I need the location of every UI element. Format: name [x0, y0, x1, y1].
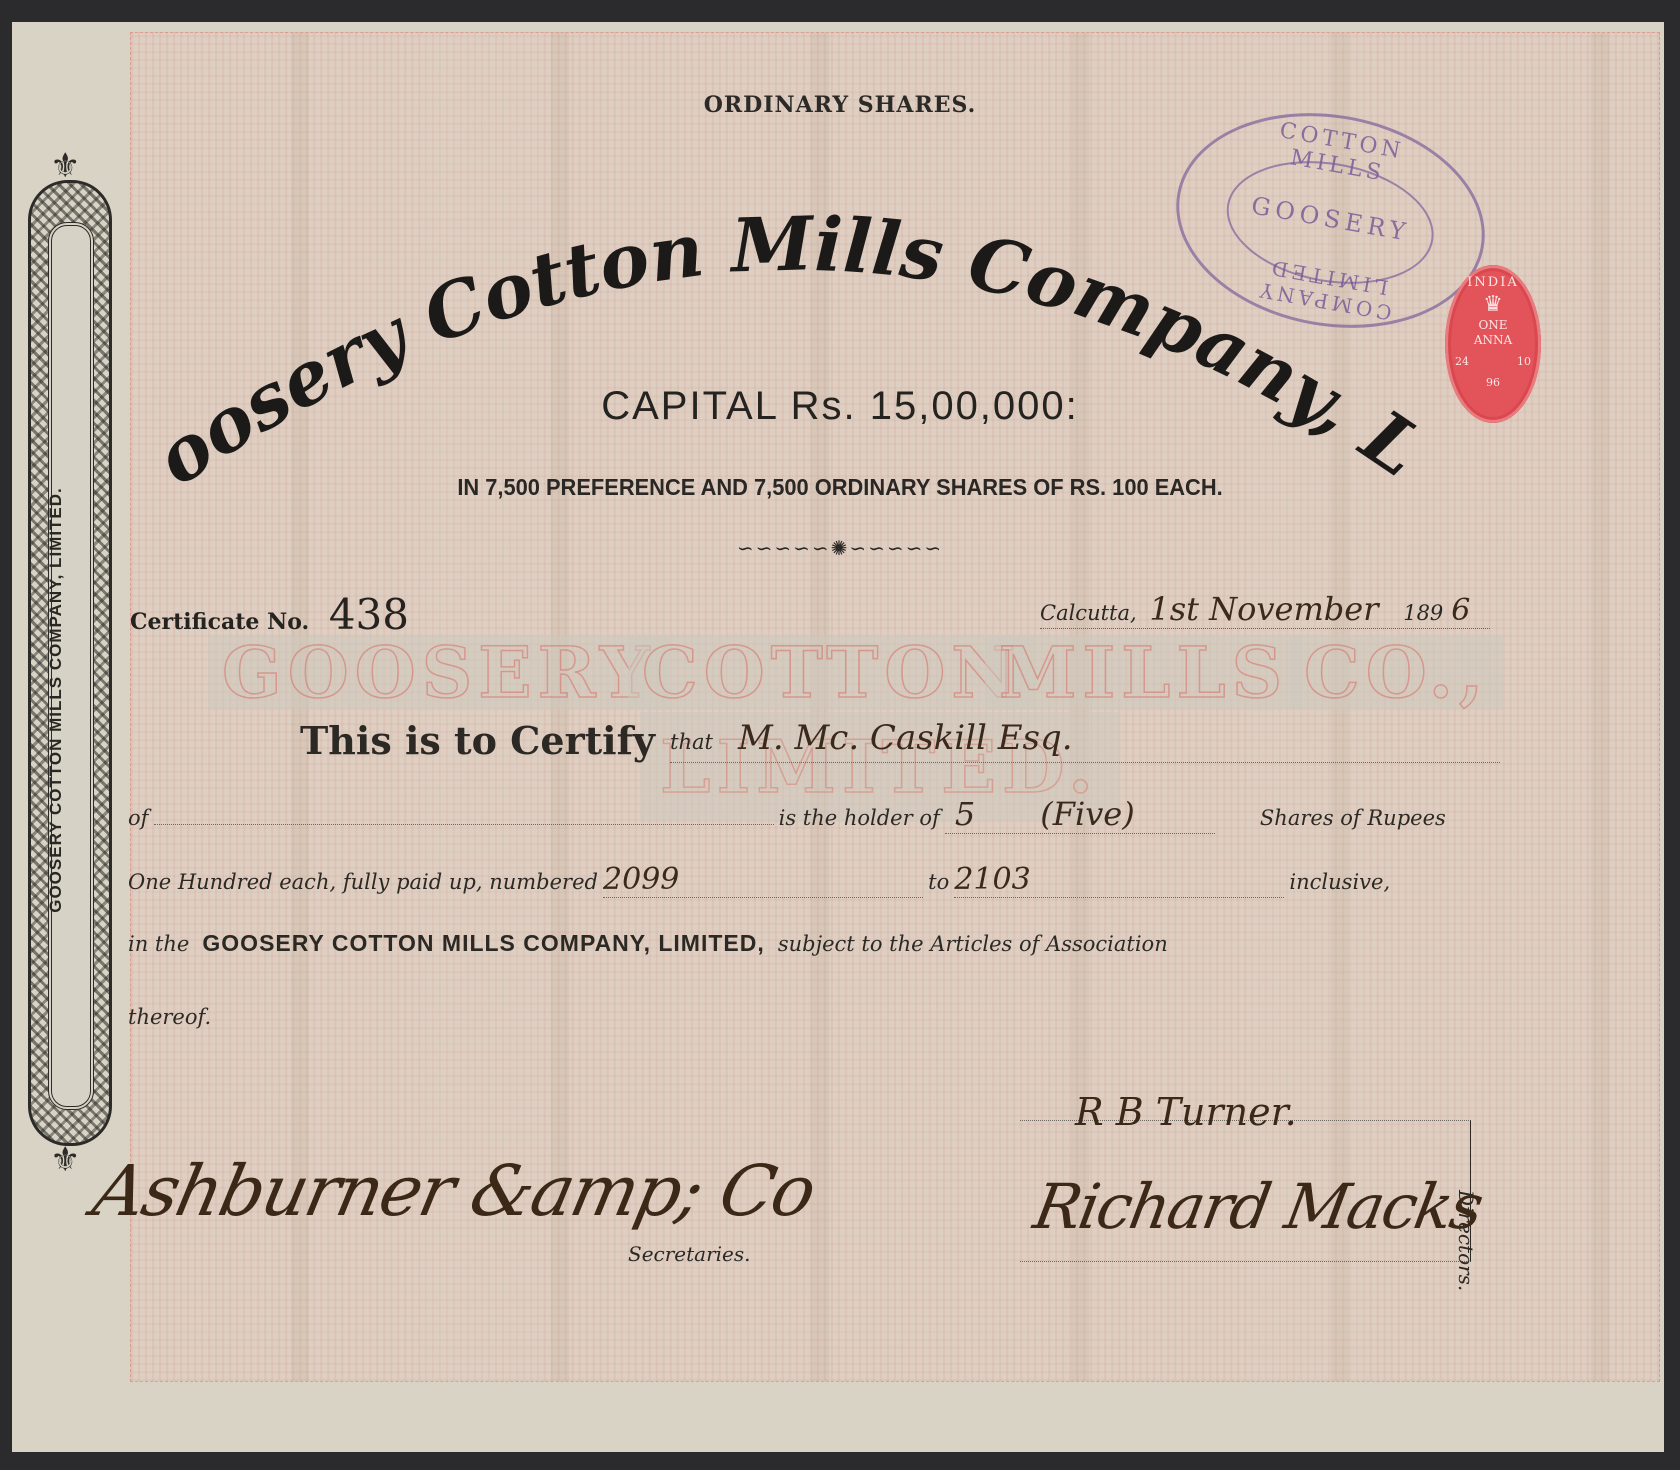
- fleur-de-lis-icon: ⚜: [50, 1140, 80, 1180]
- director-signature-2: Richard Macks: [1029, 1170, 1488, 1243]
- that-label: that: [670, 730, 713, 754]
- capital-heading: CAPITAL Rs. 15,00,000:: [0, 384, 1680, 429]
- revenue-country: INDIA: [1445, 275, 1541, 290]
- watermark-word: GOOSERY: [208, 635, 670, 710]
- cancel-day: 24: [1455, 355, 1469, 368]
- thereof-label: thereof.: [128, 1005, 211, 1029]
- thereof-line: thereof.: [128, 1005, 211, 1029]
- share-count: 5: [955, 795, 975, 833]
- watermark-word: COTTON: [628, 635, 1035, 710]
- certify-line: This is to Certify that M. Mc. Caskill E…: [300, 718, 655, 763]
- revenue-value-1: ONE: [1445, 319, 1541, 332]
- holder-of-line: of is the holder of 5 (Five) Shares of R…: [128, 795, 1493, 834]
- divider-ornament: ∽∽∽∽∽✺∽∽∽∽∽: [0, 536, 1680, 560]
- place-label: Calcutta,: [1040, 601, 1137, 625]
- holder-of-label: is the holder of: [779, 806, 940, 830]
- number-from: 2099: [603, 862, 679, 897]
- company-line: in the GOOSERY COTTON MILLS COMPANY, LIM…: [128, 930, 1493, 957]
- holder-field: that M. Mc. Caskill Esq.: [670, 718, 1500, 763]
- date-line: Calcutta, 1st November 1896: [1040, 590, 1490, 629]
- cancel-year: 96: [1445, 376, 1541, 389]
- one-hundred-label: One Hundred each, fully paid up, numbere…: [128, 870, 598, 894]
- director-signature-1: R B Turner.: [1075, 1090, 1297, 1134]
- share-numbers-line: One Hundred each, fully paid up, numbere…: [128, 862, 1493, 898]
- date-handwritten: 1st November: [1149, 590, 1378, 628]
- secretary-signature: Ashburner &amp; Co: [86, 1150, 821, 1232]
- in-the-label: in the: [128, 932, 189, 956]
- secretaries-label: Secretaries.: [628, 1242, 751, 1266]
- share-count-words: (Five): [1040, 795, 1134, 833]
- stamp-center-text: GOOSERY: [1227, 187, 1434, 250]
- watermark-word: CO.,: [1290, 635, 1503, 710]
- certify-label: This is to Certify: [300, 718, 655, 763]
- revenue-stamp: INDIA ♛ ONE ANNA 24 10 96: [1445, 265, 1541, 423]
- watermark-word: MILLS: [985, 635, 1302, 710]
- revenue-value-2: ANNA: [1445, 334, 1541, 347]
- year-handwritten: 6: [1451, 593, 1470, 628]
- subject-label: subject to the Articles of Association: [778, 932, 1168, 956]
- number-to: 2103: [954, 862, 1030, 897]
- to-label: to: [928, 870, 949, 894]
- company-name: GOOSERY COTTON MILLS COMPANY, LIMITED,: [202, 930, 764, 956]
- of-label: of: [128, 806, 148, 830]
- share-structure-heading: IN 7,500 PREFERENCE AND 7,500 ORDINARY S…: [42, 474, 1638, 501]
- holder-name: M. Mc. Caskill Esq.: [738, 718, 1073, 758]
- cancel-month: 10: [1517, 355, 1531, 368]
- share-class-heading: ORDINARY SHARES.: [0, 92, 1680, 118]
- year-printed: 189: [1403, 601, 1443, 625]
- side-border-strip: ⚜ GOOSERY COTTON MILLS COMPANY, LIMITED.…: [10, 140, 125, 1180]
- crown-icon: ♛: [1445, 292, 1541, 317]
- inclusive-label: inclusive,: [1289, 870, 1390, 894]
- shares-of-rupees-label: Shares of Rupees: [1260, 806, 1446, 830]
